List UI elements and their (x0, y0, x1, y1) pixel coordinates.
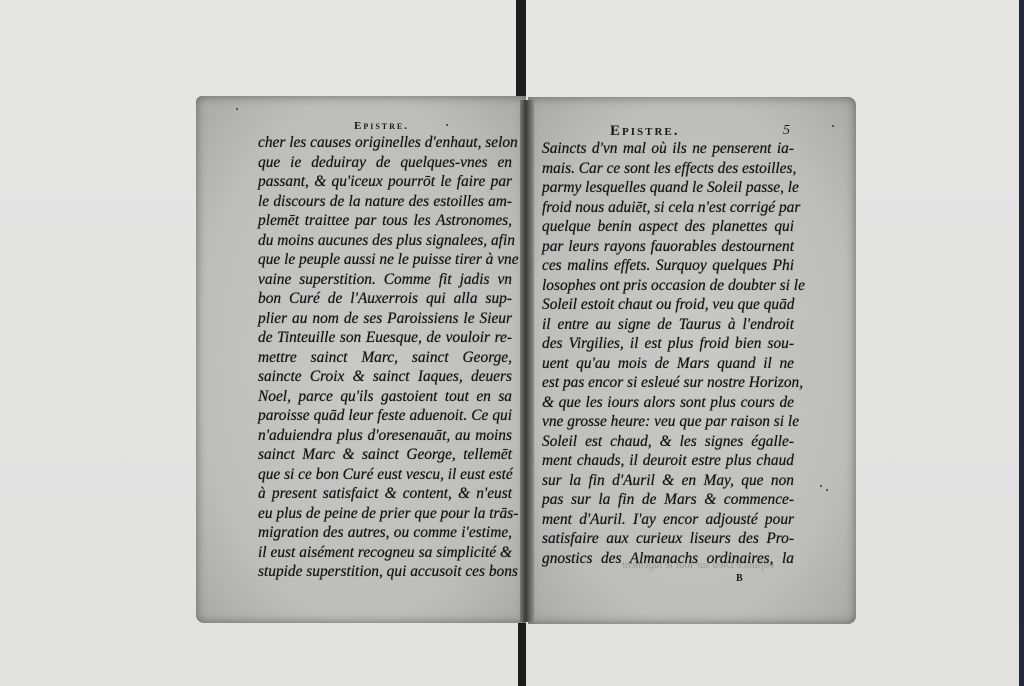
left-page-text: cher les causes originelles d'enhaut, se… (258, 133, 512, 582)
text-line: uent qu'au mois de Mars quand il ne (542, 354, 794, 374)
text-line: parmy lesquelles quand le Soleil passe, … (542, 178, 794, 198)
binding-spine-top (516, 0, 526, 102)
text-line: froid nous aduiēt, si cela n'est corrigé… (542, 198, 794, 218)
page-number: 5 (783, 123, 790, 139)
text-line: Noel, parce qu'ils gastoient tout en sa (258, 387, 512, 407)
text-line: il entre au signe de Taurus à l'endroit (542, 315, 794, 335)
right-page: Epistre. 5 Saincts d'vn mal où ils ne pe… (528, 97, 856, 624)
text-line: mettre sainct Marc, sainct George, (258, 348, 512, 368)
text-line: pas sur la fin de Mars & commence- (542, 490, 794, 510)
text-line: bon Curé de l'Auxerrois qui alla sup- (258, 289, 512, 309)
text-line: du moins aucunes des plus signalees, afi… (258, 231, 512, 251)
text-line: il eust aisément recogneu sa simplicité … (258, 543, 512, 563)
text-line: est pas encor si esleué sur nostre Horiz… (542, 373, 794, 393)
text-line: ces malins effets. Surquoy quelques Phi (542, 256, 794, 276)
text-line: Soleil est chaud, & les signes égalle- (542, 432, 794, 452)
paper-speck (236, 108, 238, 110)
text-line: losophes ont pris occasion de doubter si… (542, 276, 794, 296)
text-line: & que les iours alors sont plus cours de (542, 393, 794, 413)
text-line: le discours de la nature des estoilles a… (258, 192, 512, 212)
text-line: saincte Croix & sainct Iaques, deuers (258, 367, 512, 387)
left-running-head: Epistre. (354, 120, 409, 132)
text-line: plemēt traittee par tous les Astronomes, (258, 211, 512, 231)
text-line: vne grosse heure: veu que par raison si … (542, 412, 794, 432)
text-line: sainct Marc & sainct George, tellemēt (258, 445, 512, 465)
binding-spine-bottom (518, 622, 526, 686)
paper-speck (832, 125, 834, 127)
paper-speck (826, 489, 828, 491)
text-line: Soleil estoit chaut ou froid, veu que qu… (542, 295, 794, 315)
signature-mark: B (736, 573, 743, 584)
text-line: vaine superstition. Comme fit jadis vn (258, 270, 512, 290)
paper-speck (820, 485, 822, 487)
text-line: par leurs rayons fauorables destournent (542, 237, 794, 257)
right-page-text: Saincts d'vn mal où ils ne penserent ia-… (542, 139, 794, 568)
scanner-edge (1019, 0, 1024, 686)
text-line: de Tinteuille son Euesque, de vouloir re… (258, 328, 512, 348)
text-line: migration des autres, ou comme i'estime, (258, 523, 512, 543)
text-line: sur la fin d'Auril & en May, que non (542, 471, 794, 491)
text-line: paroisse quād leur feste aduenoit. Ce qu… (258, 406, 512, 426)
text-line: que ie deduiray de quelques-vnes en (258, 153, 512, 173)
text-line: cher les causes originelles d'enhaut, se… (258, 133, 512, 153)
text-line: satisfaire aux curieux liseurs des Pro- (542, 529, 794, 549)
text-line: que le peuple aussi ne le puisse tirer à… (258, 250, 512, 270)
text-line: que si ce bon Curé eust vescu, il eust e… (258, 465, 512, 485)
show-through-text: cōfiance Dieu sur tout le iugement (622, 559, 774, 571)
text-line: plier au nom de ses Paroissiens le Sieur (258, 309, 512, 329)
text-line: des Virgilies, il est plus froid bien so… (542, 334, 794, 354)
text-line: ment d'Auril. I'ay encor adjousté pour (542, 510, 794, 530)
text-line: Saincts d'vn mal où ils ne penserent ia- (542, 139, 794, 159)
text-line: ment chauds, il deuroit estre plus chaud (542, 451, 794, 471)
text-line: n'aduiendra plus d'oresenauāt, au moins (258, 426, 512, 446)
left-page: Epistre. cher les causes originelles d'e… (196, 96, 526, 623)
right-running-head: Epistre. (610, 123, 680, 140)
text-line: mais. Car ce sont les effects des estoil… (542, 159, 794, 179)
text-line: stupide superstition, qui accusoit ces b… (258, 562, 512, 582)
text-line: à present satisfaict & content, & n'eust (258, 484, 512, 504)
text-line: quelque benin aspect des planettes qui (542, 217, 794, 237)
book-gutter (520, 100, 534, 622)
text-line: eu plus de peine de prier que pour la tr… (258, 504, 512, 524)
paper-speck (446, 124, 448, 126)
text-line: passant, & qu'iceux pourrōt le faire par (258, 172, 512, 192)
